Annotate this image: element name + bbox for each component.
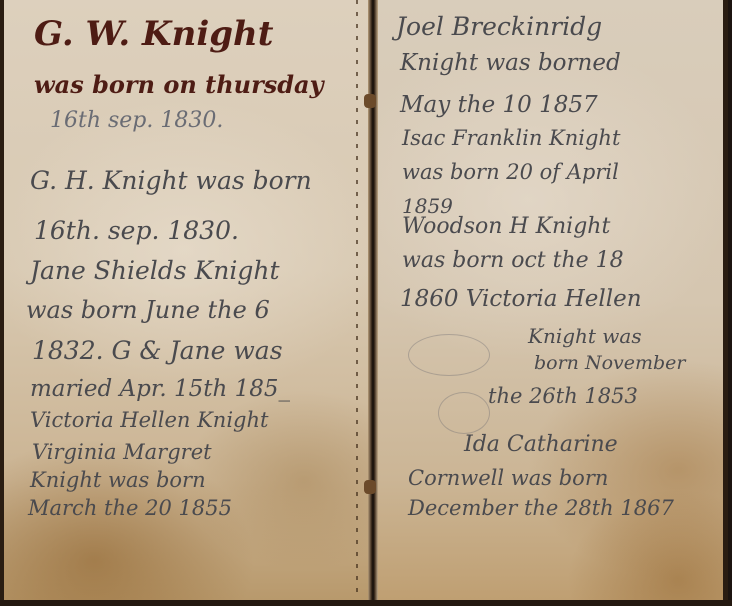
- handwritten-line: Woodson H Knight: [402, 214, 610, 239]
- handwritten-line: was born 20 of April: [402, 160, 619, 184]
- handwritten-line: 16th. sep. 1830.: [34, 216, 239, 245]
- handwritten-line: March the 20 1855: [28, 496, 232, 520]
- handwritten-line: was born on thursday: [34, 70, 324, 99]
- handwritten-line: born November: [534, 352, 686, 374]
- handwritten-line: 1832. G & Jane was: [32, 336, 283, 365]
- binding-stitches: [356, 0, 358, 600]
- handwritten-line: the 26th 1853: [488, 384, 638, 408]
- handwritten-line: May the 10 1857: [400, 92, 598, 118]
- handwritten-line: Knight was: [528, 324, 642, 348]
- pencil-scribble: [408, 334, 490, 376]
- right-page: Joel Breckinridg Knight was borned May t…: [378, 0, 728, 600]
- open-notebook: G. W. Knight was born on thursday 16th s…: [0, 0, 732, 606]
- handwritten-line: Knight was born: [30, 468, 206, 492]
- handwritten-line: 16th sep. 1830.: [50, 108, 223, 133]
- handwritten-line: G. W. Knight: [34, 14, 273, 54]
- handwritten-line: Ida Catharine: [464, 432, 618, 457]
- handwritten-line: December the 28th 1867: [408, 496, 674, 520]
- handwritten-line: maried Apr. 15th 185_: [30, 376, 290, 402]
- handwritten-line: 1860 Victoria Hellen: [400, 286, 642, 312]
- handwritten-line: Isac Franklin Knight: [402, 126, 620, 150]
- left-page: G. W. Knight was born on thursday 16th s…: [0, 0, 370, 600]
- book-spine: [368, 0, 378, 600]
- pencil-scribble: [438, 392, 490, 434]
- handwritten-line: G. H. Knight was born: [30, 166, 312, 195]
- book-bottom-edge: [0, 600, 732, 606]
- handwritten-line: Jane Shields Knight: [30, 256, 280, 285]
- handwritten-line: Victoria Hellen Knight: [30, 408, 268, 432]
- handwritten-line: was born June the 6: [26, 296, 270, 324]
- handwritten-line: Joel Breckinridg: [396, 12, 602, 41]
- handwritten-line: Virginia Margret: [32, 440, 212, 464]
- handwritten-line: Cornwell was born: [408, 466, 608, 490]
- handwritten-line: was born oct the 18: [402, 248, 624, 273]
- binding-clasp: [364, 94, 376, 108]
- binding-clasp: [364, 480, 376, 494]
- handwritten-line: Knight was borned: [400, 50, 621, 76]
